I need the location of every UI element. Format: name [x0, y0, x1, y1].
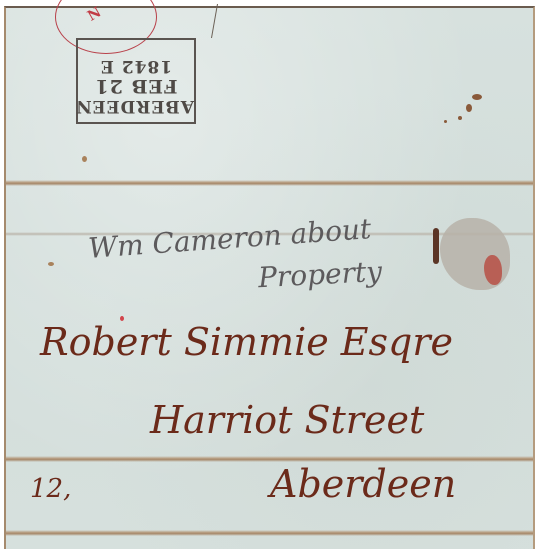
- fold-line: [6, 530, 533, 536]
- foxing-spot: [82, 156, 87, 162]
- fold-line: [6, 180, 533, 186]
- postmark-town: ABERDEEN: [78, 96, 194, 116]
- postmark-year: 1842 E: [78, 56, 194, 76]
- docket-line-2: Property: [257, 255, 383, 294]
- rate-marking: 12,: [30, 474, 71, 504]
- ink-blot: [433, 228, 439, 264]
- foxing-spot: [466, 104, 472, 112]
- foxing-spot: [444, 120, 447, 123]
- foxing-spot: [458, 116, 462, 120]
- foxing-spot: [472, 94, 482, 100]
- address-street: Harriot Street: [150, 398, 424, 442]
- postmark-date: FEB 21: [78, 76, 194, 96]
- red-stain: [484, 255, 502, 285]
- address-city: Aberdeen: [270, 462, 456, 506]
- address-recipient: Robert Simmie Esqre: [40, 320, 453, 364]
- aberdeen-datestamp: ABERDEEN FEB 21 1842 E: [76, 38, 196, 124]
- foxing-spot: [48, 262, 54, 266]
